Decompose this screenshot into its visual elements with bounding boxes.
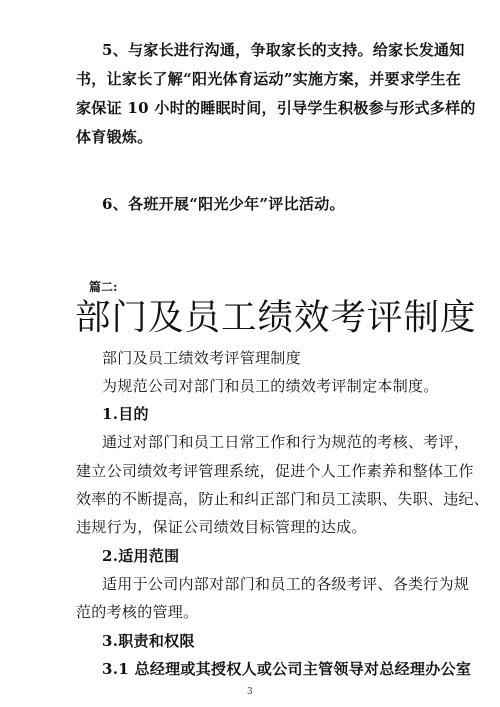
document-title: 部门及员工绩效考评制度	[75, 296, 477, 340]
scope-heading: 2.适用范围	[102, 546, 179, 566]
section-label: 篇二:	[89, 278, 117, 295]
item-5-line-3: 家保证 10 小时的睡眠时间，引导学生积极参与形式多样的	[76, 98, 476, 118]
purpose-line-2: 建立公司绩效考评管理系统，促进个人工作素养和整体工作	[76, 461, 474, 481]
item-6: 6、各班开展“阳光少年”评比活动。	[102, 194, 345, 214]
duties-3-1: 3.1 总经理或其授权人或公司主管领导对总经理办公室	[102, 659, 471, 679]
scope-line-1: 适用于公司内部对部门和员工的各级考评、各类行为规	[102, 574, 469, 594]
intro: 为规范公司对部门和员工的绩效考评制定本制度。	[102, 376, 439, 396]
item-5-line-1: 5、与家长进行沟通，争取家长的支持。给家长发通知	[102, 40, 465, 60]
scope-line-2: 范的考核的管理。	[76, 602, 198, 622]
item-5-line-4: 体育锻炼。	[76, 127, 153, 147]
subtitle: 部门及员工绩效考评管理制度	[102, 348, 301, 368]
document-page: 5、与家长进行沟通，争取家长的支持。给家长发通知 书，让家长了解“阳光体育运动”…	[0, 0, 500, 707]
item-5-line-2: 书，让家长了解“阳光体育运动”实施方案，并要求学生在	[76, 69, 461, 89]
purpose-line-4: 违规行为，保证公司绩效目标管理的达成。	[76, 517, 367, 537]
duties-heading: 3.职责和权限	[102, 631, 195, 651]
purpose-line-1: 通过对部门和员工日常工作和行为规范的考核、考评，	[102, 432, 469, 452]
purpose-line-3: 效率的不断提高，防止和纠正部门和员工渎职、失职、违纪、	[76, 489, 489, 509]
purpose-heading: 1.目的	[102, 404, 149, 424]
page-number: 3	[247, 687, 253, 697]
